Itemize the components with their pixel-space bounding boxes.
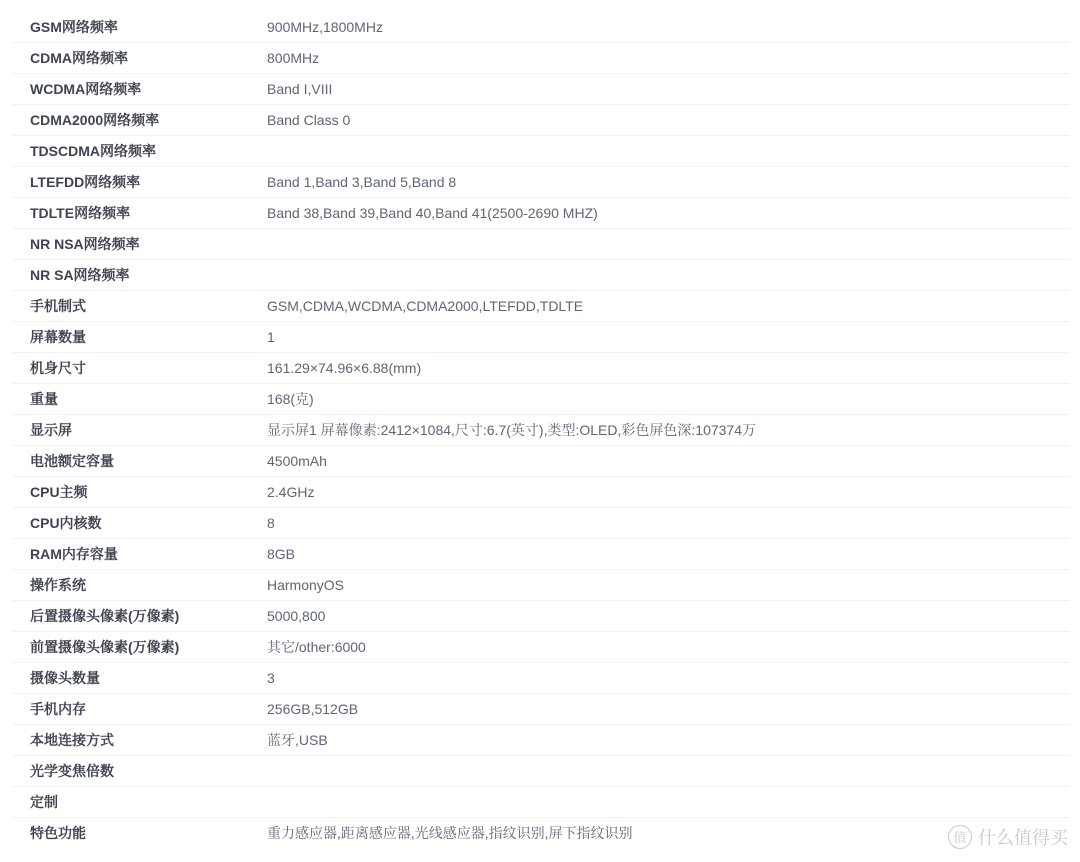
spec-row-cdma: CDMA网络频率 800MHz xyxy=(12,43,1069,74)
spec-label: TDLTE网络频率 xyxy=(12,203,267,223)
spec-row-nr-nsa: NR NSA网络频率 xyxy=(12,229,1069,260)
spec-row-tdscdma: TDSCDMA网络频率 xyxy=(12,136,1069,167)
spec-label: 定制 xyxy=(12,792,267,812)
spec-row-nr-sa: NR SA网络频率 xyxy=(12,260,1069,291)
spec-label: 显示屏 xyxy=(12,420,267,440)
spec-label: 特色功能 xyxy=(12,823,267,843)
spec-row-front-camera: 前置摄像头像素(万像素) 其它/other:6000 xyxy=(12,632,1069,663)
spec-label: GSM网络频率 xyxy=(12,17,267,37)
spec-label: TDSCDMA网络频率 xyxy=(12,141,267,161)
smzdm-logo-icon: 值 xyxy=(948,825,972,849)
spec-value: 4500mAh xyxy=(267,453,327,469)
spec-row-optical-zoom: 光学变焦倍数 xyxy=(12,756,1069,787)
watermark: 值 什么值得买 xyxy=(948,824,1068,850)
spec-value: 显示屏1 屏幕像素:2412×1084,尺寸:6.7(英寸),类型:OLED,彩… xyxy=(267,420,756,440)
spec-row-display: 显示屏 显示屏1 屏幕像素:2412×1084,尺寸:6.7(英寸),类型:OL… xyxy=(12,415,1069,446)
spec-label: 屏幕数量 xyxy=(12,327,267,347)
spec-value: 256GB,512GB xyxy=(267,701,358,717)
spec-value: Band 1,Band 3,Band 5,Band 8 xyxy=(267,174,456,190)
spec-value: Band Class 0 xyxy=(267,112,350,128)
spec-row-cpu-freq: CPU主频 2.4GHz xyxy=(12,477,1069,508)
spec-value: 蓝牙,USB xyxy=(267,730,328,750)
spec-label: 重量 xyxy=(12,389,267,409)
spec-label: NR SA网络频率 xyxy=(12,265,267,285)
spec-row-rear-camera: 后置摄像头像素(万像素) 5000,800 xyxy=(12,601,1069,632)
spec-value: 900MHz,1800MHz xyxy=(267,19,383,35)
spec-value: 重力感应器,距离感应器,光线感应器,指纹识别,屏下指纹识别 xyxy=(267,823,633,843)
spec-value: 3 xyxy=(267,670,275,686)
spec-label: CDMA网络频率 xyxy=(12,48,267,68)
spec-value: 161.29×74.96×6.88(mm) xyxy=(267,360,421,376)
spec-row-tdlte: TDLTE网络频率 Band 38,Band 39,Band 40,Band 4… xyxy=(12,198,1069,229)
spec-label: LTEFDD网络频率 xyxy=(12,172,267,192)
spec-label: 手机内存 xyxy=(12,699,267,719)
spec-label: NR NSA网络频率 xyxy=(12,234,267,254)
spec-row-gsm: GSM网络频率 900MHz,1800MHz xyxy=(12,12,1069,43)
spec-row-cpu-cores: CPU内核数 8 xyxy=(12,508,1069,539)
spec-label: 后置摄像头像素(万像素) xyxy=(12,606,267,626)
spec-label: RAM内存容量 xyxy=(12,544,267,564)
spec-label: 电池额定容量 xyxy=(12,451,267,471)
spec-label: CDMA2000网络频率 xyxy=(12,110,267,130)
watermark-text: 什么值得买 xyxy=(978,824,1068,850)
spec-value: 8GB xyxy=(267,546,295,562)
spec-row-wcdma: WCDMA网络频率 Band I,VIII xyxy=(12,74,1069,105)
spec-label: 摄像头数量 xyxy=(12,668,267,688)
spec-row-storage: 手机内存 256GB,512GB xyxy=(12,694,1069,725)
spec-row-features: 特色功能 重力感应器,距离感应器,光线感应器,指纹识别,屏下指纹识别 xyxy=(12,818,1069,848)
spec-label: CPU内核数 xyxy=(12,513,267,533)
spec-row-dimensions: 机身尺寸 161.29×74.96×6.88(mm) xyxy=(12,353,1069,384)
spec-row-ram: RAM内存容量 8GB xyxy=(12,539,1069,570)
spec-value: Band I,VIII xyxy=(267,81,332,97)
spec-label: 手机制式 xyxy=(12,296,267,316)
spec-value: GSM,CDMA,WCDMA,CDMA2000,LTEFDD,TDLTE xyxy=(267,298,583,314)
spec-row-camera-count: 摄像头数量 3 xyxy=(12,663,1069,694)
spec-row-screen-count: 屏幕数量 1 xyxy=(12,322,1069,353)
spec-label: 前置摄像头像素(万像素) xyxy=(12,637,267,657)
spec-table: GSM网络频率 900MHz,1800MHz CDMA网络频率 800MHz W… xyxy=(12,12,1069,848)
spec-value: 168(克) xyxy=(267,389,314,409)
spec-value: 1 xyxy=(267,329,275,345)
spec-row-os: 操作系统 HarmonyOS xyxy=(12,570,1069,601)
spec-label: 机身尺寸 xyxy=(12,358,267,378)
spec-label: 光学变焦倍数 xyxy=(12,761,267,781)
spec-row-weight: 重量 168(克) xyxy=(12,384,1069,415)
spec-label: 操作系统 xyxy=(12,575,267,595)
spec-row-network-modes: 手机制式 GSM,CDMA,WCDMA,CDMA2000,LTEFDD,TDLT… xyxy=(12,291,1069,322)
spec-row-ltefdd: LTEFDD网络频率 Band 1,Band 3,Band 5,Band 8 xyxy=(12,167,1069,198)
spec-value: Band 38,Band 39,Band 40,Band 41(2500-269… xyxy=(267,205,598,221)
spec-value: 8 xyxy=(267,515,275,531)
spec-row-cdma2000: CDMA2000网络频率 Band Class 0 xyxy=(12,105,1069,136)
spec-value: 5000,800 xyxy=(267,608,325,624)
spec-label: CPU主频 xyxy=(12,482,267,502)
spec-row-connectivity: 本地连接方式 蓝牙,USB xyxy=(12,725,1069,756)
spec-label: WCDMA网络频率 xyxy=(12,79,267,99)
spec-value: HarmonyOS xyxy=(267,577,344,593)
spec-row-customization: 定制 xyxy=(12,787,1069,818)
spec-value: 800MHz xyxy=(267,50,319,66)
spec-row-battery: 电池额定容量 4500mAh xyxy=(12,446,1069,477)
spec-value: 其它/other:6000 xyxy=(267,637,366,657)
spec-label: 本地连接方式 xyxy=(12,730,267,750)
spec-value: 2.4GHz xyxy=(267,484,314,500)
